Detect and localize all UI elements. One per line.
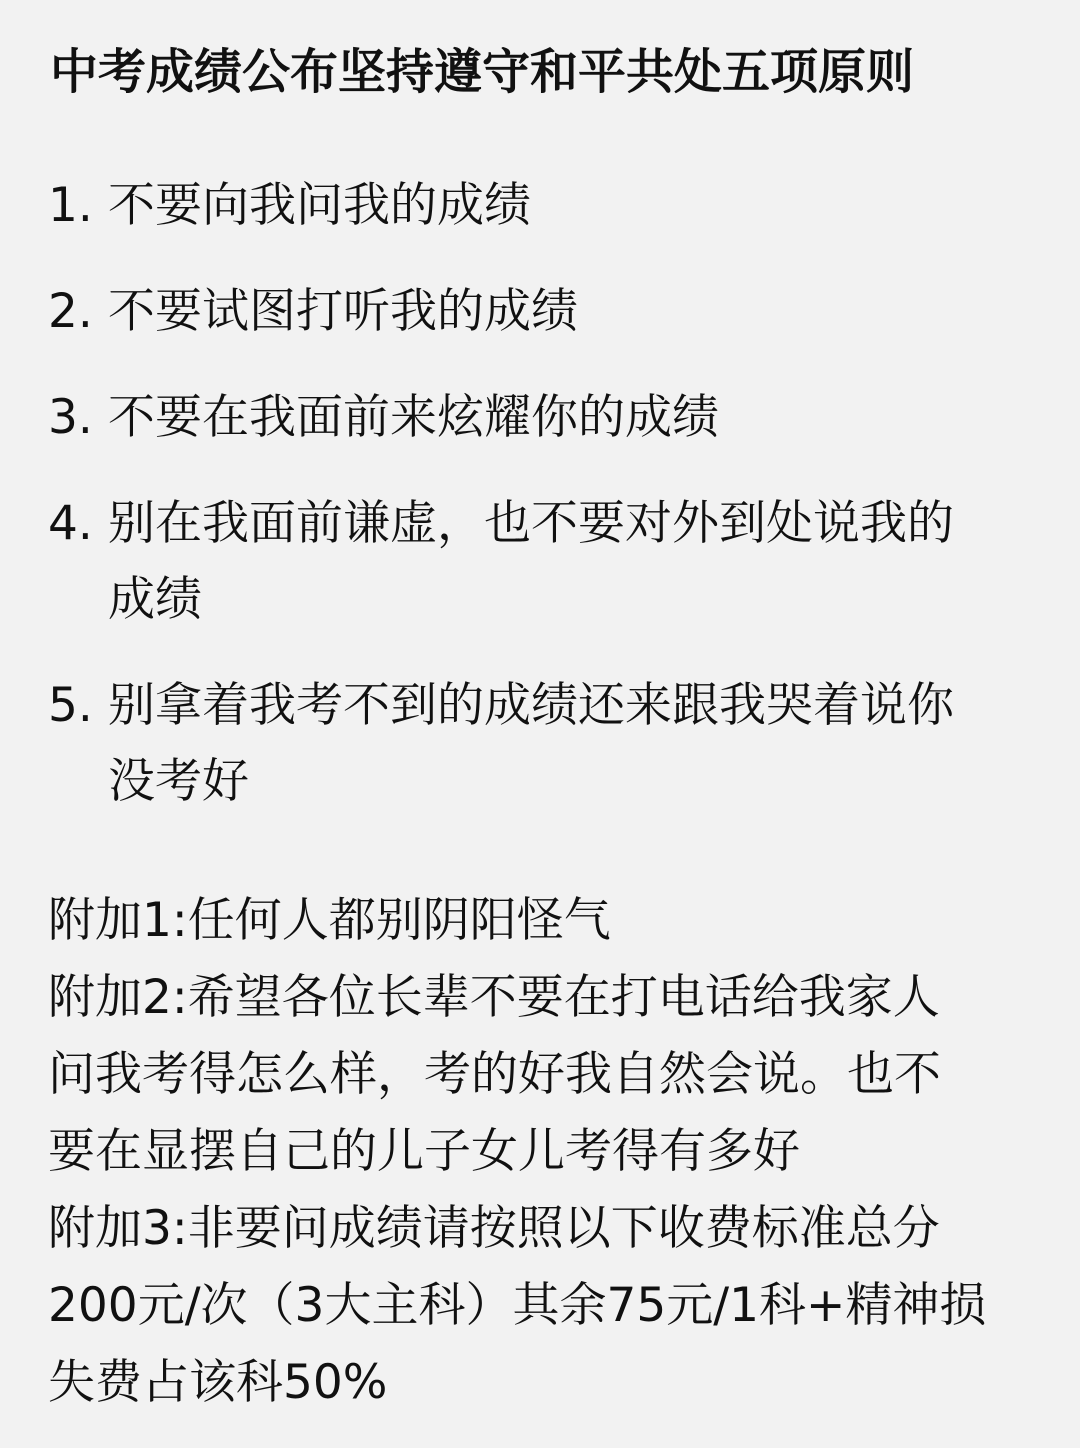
rule-item-5: 5.别拿着我考不到的成绩还来跟我哭着说你没考好 [48, 668, 954, 820]
rule-text-line-2: 成绩 [108, 562, 954, 638]
addendum-3-line-1: 附加3:非要问成绩请按照以下收费标准总分 [48, 1190, 986, 1267]
addendum-2-line-3: 要在显摆自己的儿子女儿考得有多好 [48, 1113, 986, 1190]
rule-text: 不要在我面前来炫耀你的成绩 [108, 380, 719, 456]
rule-item-3: 3.不要在我面前来炫耀你的成绩 [48, 380, 719, 456]
rule-number: 2. [48, 274, 108, 350]
rule-number: 4. [48, 486, 108, 562]
addendum-2-line-2: 问我考得怎么样，考的好我自然会说。也不 [48, 1036, 986, 1113]
rule-item-1: 1.不要向我问我的成绩 [48, 168, 531, 244]
addendum-1: 附加1:任何人都别阴阳怪气 [48, 882, 986, 959]
addenda: 附加1:任何人都别阴阳怪气 附加2:希望各位长辈不要在打电话给我家人 问我考得怎… [48, 882, 986, 1421]
rule-text-line-1: 别在我面前谦虚，也不要对外到处说我的 [108, 486, 954, 562]
rule-text-line-2: 没考好 [108, 744, 954, 820]
rule-text: 不要试图打听我的成绩 [108, 274, 578, 350]
rule-item-2: 2.不要试图打听我的成绩 [48, 274, 578, 350]
rule-text-line-1: 别拿着我考不到的成绩还来跟我哭着说你 [108, 668, 954, 744]
rule-number: 3. [48, 380, 108, 456]
rule-number: 1. [48, 168, 108, 244]
addendum-2-line-1: 附加2:希望各位长辈不要在打电话给我家人 [48, 959, 986, 1036]
rule-item-4: 4.别在我面前谦虚，也不要对外到处说我的成绩 [48, 486, 954, 638]
page-title: 中考成绩公布坚持遵守和平共处五项原则 [50, 40, 914, 104]
addendum-3-line-2: 200元/次（3大主科）其余75元/1科+精神损 [48, 1267, 986, 1344]
rule-number: 5. [48, 668, 108, 744]
rule-text: 不要向我问我的成绩 [108, 168, 531, 244]
addendum-3-line-3: 失费占该科50% [48, 1344, 986, 1421]
